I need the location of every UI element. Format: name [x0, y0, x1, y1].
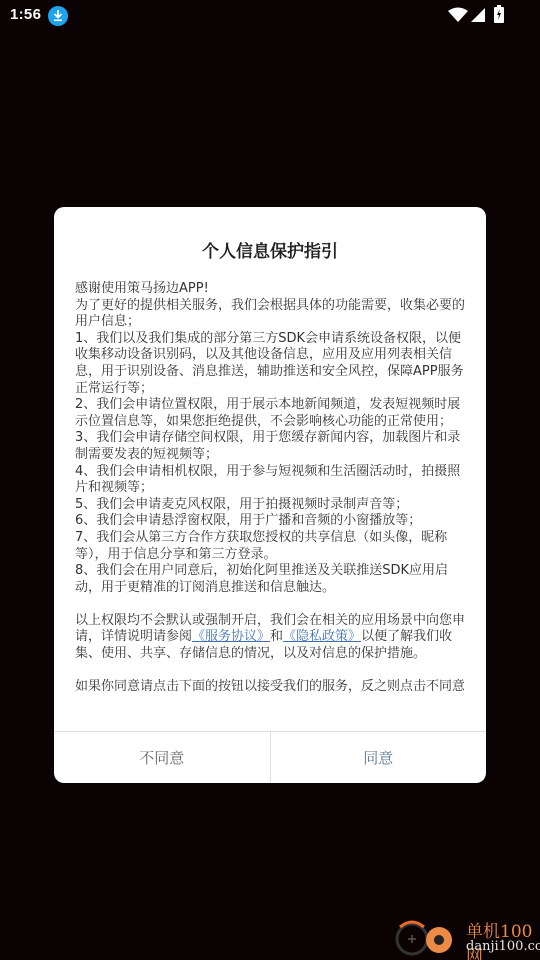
agree-button[interactable]: 同意: [271, 732, 487, 783]
status-time: 1:56: [10, 6, 41, 23]
dialog-footer: 不同意 同意: [54, 731, 486, 783]
disagree-button[interactable]: 不同意: [54, 732, 271, 783]
permission-item-6: 6、我们会申请悬浮窗权限，用于广播和音频的小窗播放等；: [75, 513, 467, 530]
signal-icon: [470, 7, 486, 27]
permission-item-4: 4、我们会申请相机权限，用于参与短视频和生活圈活动时，拍摄照片和视频等；: [75, 464, 467, 497]
service-agreement-link[interactable]: 《服务协议》: [192, 629, 270, 644]
permission-item-2: 2、我们会申请位置权限，用于展示本地新闻频道，发表短视频时展示位置信息等，如果您…: [75, 397, 467, 430]
consent-text: 如果你同意请点击下面的按钮以接受我们的服务，反之则点击不同意: [75, 679, 467, 696]
permission-item-7: 7、我们会从第三方合作方获取您授权的共享信息（如头像，昵称等），用于信息分享和第…: [75, 530, 467, 563]
status-bar: 1:56: [0, 0, 540, 32]
policy-text: 以上权限均不会默认或强制开启，我们会在相关的应用场景中向您申请，详情说明请参阅《…: [75, 613, 467, 663]
privacy-dialog: 个人信息保护指引 感谢使用策马扬边APP! 为了更好的提供相关服务，我们会根据具…: [54, 207, 486, 783]
purpose-text: 为了更好的提供相关服务，我们会根据具体的功能需要，收集必要的用户信息；: [75, 298, 467, 331]
permission-item-1: 1、我们以及我们集成的部分第三方SDK会申请系统设备权限，以便收集移动设备识别码…: [75, 331, 467, 397]
download-icon: [48, 6, 68, 26]
dialog-title: 个人信息保护指引: [54, 237, 486, 262]
permission-item-5: 5、我们会申请麦克风权限，用于拍摄视频时录制声音等；: [75, 497, 467, 514]
watermark-url: danji100.com: [466, 939, 540, 954]
intro-text: 感谢使用策马扬边APP!: [75, 281, 467, 298]
dialog-body[interactable]: 感谢使用策马扬边APP! 为了更好的提供相关服务，我们会根据具体的功能需要，收集…: [75, 281, 467, 696]
watermark: 单机100网 danji100.com: [390, 915, 540, 960]
permission-item-8: 8、我们会在用户同意后，初始化阿里推送及关联推送SDK应用启动，用于更精准的订阅…: [75, 563, 467, 596]
watermark-logo-icon: [390, 915, 464, 960]
wifi-icon: [448, 7, 468, 27]
privacy-policy-link[interactable]: 《隐私政策》: [283, 629, 361, 644]
permission-item-3: 3、我们会申请存储空间权限，用于您缓存新闻内容，加载图片和录制需要发表的短视频等…: [75, 430, 467, 463]
battery-charging-icon: [494, 5, 504, 27]
